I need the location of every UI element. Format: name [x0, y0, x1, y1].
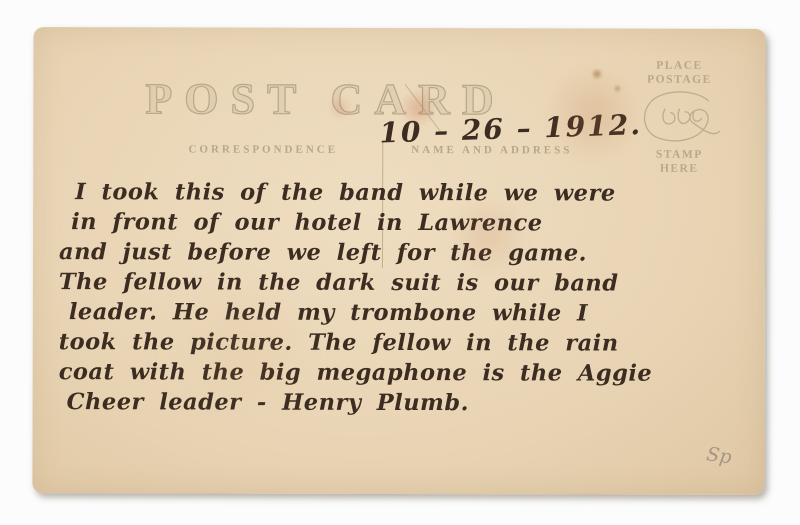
stamp-box: PLACE POSTAGE STAMP HERE: [633, 59, 725, 176]
message-line: took the picture. The fellow in the rain: [59, 327, 675, 359]
message-line: leader. He held my trombone while I: [69, 297, 675, 329]
message-line: Cheer leader - Henry Plumb.: [67, 387, 675, 419]
correspondence-label: CORRESPONDENCE: [183, 143, 343, 155]
message-line: coat with the big megaphone is the Aggie: [59, 357, 675, 389]
stamp-stamp-label: STAMP: [633, 148, 725, 162]
foxing-stain: [591, 69, 602, 80]
handwritten-message: I took this of the band while we were in…: [59, 177, 676, 419]
postcard-back: POST CARD CORRESPONDENCE NAME AND ADDRES…: [32, 27, 765, 495]
stamp-place-label: PLACE: [633, 59, 725, 73]
foxing-stain: [613, 85, 621, 93]
cyko-monogram-icon: [636, 89, 722, 147]
message-line: in front of our hotel in Lawrence: [71, 207, 675, 239]
stamp-postage-label: POSTAGE: [633, 73, 725, 87]
message-line: The fellow in the dark suit is our band: [59, 267, 675, 299]
message-line: and just before we left for the game.: [59, 237, 675, 269]
pencil-notation: Sp: [705, 443, 733, 468]
stamp-here-label: HERE: [633, 162, 725, 176]
handwritten-date: 10 – 26 – 1912.: [379, 108, 643, 149]
message-line: I took this of the band while we were: [75, 177, 675, 209]
